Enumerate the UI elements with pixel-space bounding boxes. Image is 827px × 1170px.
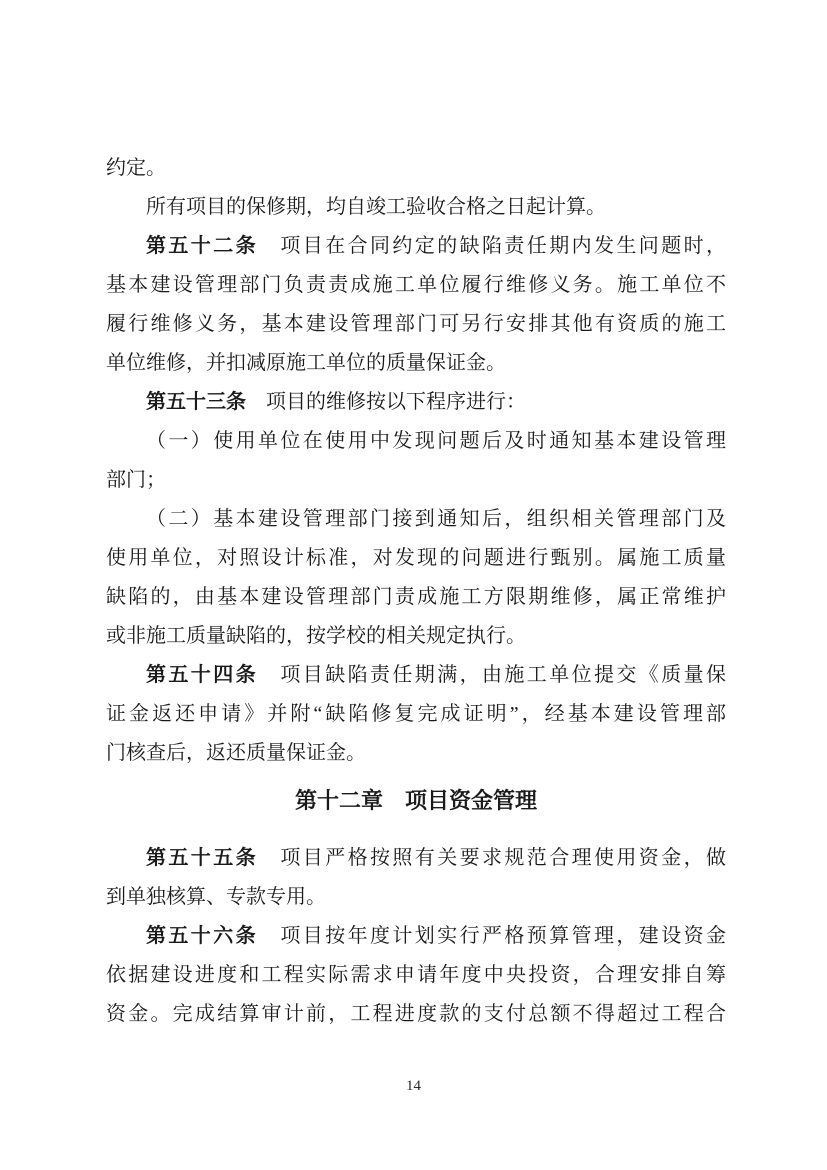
line-text: 到单独核算、专款专用。 [106, 886, 326, 908]
text-line: 履行维修义务，基本建设管理部门可另行安排其他有资质的施工 [106, 305, 726, 344]
text-line: 使用单位，对照设计标准，对发现的问题进行甄别。属施工质量 [106, 539, 726, 578]
text-line: （一）使用单位在使用中发现问题后及时通知基本建设管理 [106, 422, 726, 461]
line-text: 缺陷的，由基本建设管理部门责成施工方限期维修，属正常维护 [106, 586, 726, 608]
text-line: 约定。 [106, 149, 726, 188]
line-text: 项目的维修按以下程序进行： [246, 391, 526, 413]
text-line: 基本建设管理部门负责责成施工单位履行维修义务。施工单位不 [106, 266, 726, 305]
text-line: 门核查后，返还质量保证金。 [106, 734, 726, 773]
text-line: 第五十二条 项目在合同约定的缺陷责任期内发生问题时， [106, 227, 726, 266]
line-text: （一）使用单位在使用中发现问题后及时通知基本建设管理 [146, 430, 726, 452]
article-number: 第五十三条 [146, 391, 246, 413]
article-number: 第五十六条 [146, 925, 258, 947]
line-text: 项目严格按照有关要求规范合理使用资金，做 [258, 847, 726, 869]
line-text: 第十二章 项目资金管理 [295, 788, 537, 813]
line-text: 约定。 [106, 157, 166, 179]
line-text: 履行维修义务，基本建设管理部门可另行安排其他有资质的施工 [106, 313, 726, 335]
text-line: 第五十三条 项目的维修按以下程序进行： [106, 383, 726, 422]
article-number: 第五十四条 [146, 664, 258, 686]
text-line: （二）基本建设管理部门接到通知后，组织相关管理部门及 [106, 500, 726, 539]
line-text: 所有项目的保修期，均自竣工验收合格之日起计算。 [146, 196, 606, 218]
text-line: 证金返还申请》并附“缺陷修复完成证明”，经基本建设管理部 [106, 695, 726, 734]
line-text: 部门； [106, 469, 166, 491]
line-text: 使用单位，对照设计标准，对发现的问题进行甄别。属施工质量 [106, 547, 726, 569]
text-line: 第五十五条 项目严格按照有关要求规范合理使用资金，做 [106, 839, 726, 878]
text-line: 部门； [106, 461, 726, 500]
line-text: 依据建设进度和工程实际需求申请年度中央投资，合理安排自筹 [106, 964, 726, 986]
line-text: 项目缺陷责任期满，由施工单位提交《质量保 [258, 664, 726, 686]
text-line: 或非施工质量缺陷的，按学校的相关规定执行。 [106, 617, 726, 656]
text-line: 缺陷的，由基本建设管理部门责成施工方限期维修，属正常维护 [106, 578, 726, 617]
chapter-heading: 第十二章 项目资金管理 [106, 781, 726, 820]
text-line: 第五十四条 项目缺陷责任期满，由施工单位提交《质量保 [106, 656, 726, 695]
text-line: 资金。完成结算审计前，工程进度款的支付总额不得超过工程合 [106, 995, 726, 1034]
document-body: 约定。所有项目的保修期，均自竣工验收合格之日起计算。第五十二条 项目在合同约定的… [106, 149, 726, 1034]
text-line: 第五十六条 项目按年度计划实行严格预算管理，建设资金 [106, 917, 726, 956]
line-text: 项目按年度计划实行严格预算管理，建设资金 [258, 925, 726, 947]
line-text: 单位维修，并扣减原施工单位的质量保证金。 [106, 352, 506, 374]
line-text: 项目在合同约定的缺陷责任期内发生问题时， [258, 235, 726, 257]
page-number: 14 [0, 1078, 827, 1095]
line-text: 基本建设管理部门负责责成施工单位履行维修义务。施工单位不 [106, 274, 726, 296]
text-line: 单位维修，并扣减原施工单位的质量保证金。 [106, 344, 726, 383]
line-text: 证金返还申请》并附“缺陷修复完成证明”，经基本建设管理部 [106, 703, 726, 725]
line-text: 或非施工质量缺陷的，按学校的相关规定执行。 [106, 625, 526, 647]
text-line: 所有项目的保修期，均自竣工验收合格之日起计算。 [106, 188, 726, 227]
line-text: 资金。完成结算审计前，工程进度款的支付总额不得超过工程合 [106, 1003, 726, 1025]
article-number: 第五十二条 [146, 235, 258, 257]
line-text: 门核查后，返还质量保证金。 [106, 742, 366, 764]
article-number: 第五十五条 [146, 847, 258, 869]
document-page: 约定。所有项目的保修期，均自竣工验收合格之日起计算。第五十二条 项目在合同约定的… [0, 0, 827, 1170]
text-line: 依据建设进度和工程实际需求申请年度中央投资，合理安排自筹 [106, 956, 726, 995]
text-line: 到单独核算、专款专用。 [106, 878, 726, 917]
line-text: （二）基本建设管理部门接到通知后，组织相关管理部门及 [146, 508, 726, 530]
